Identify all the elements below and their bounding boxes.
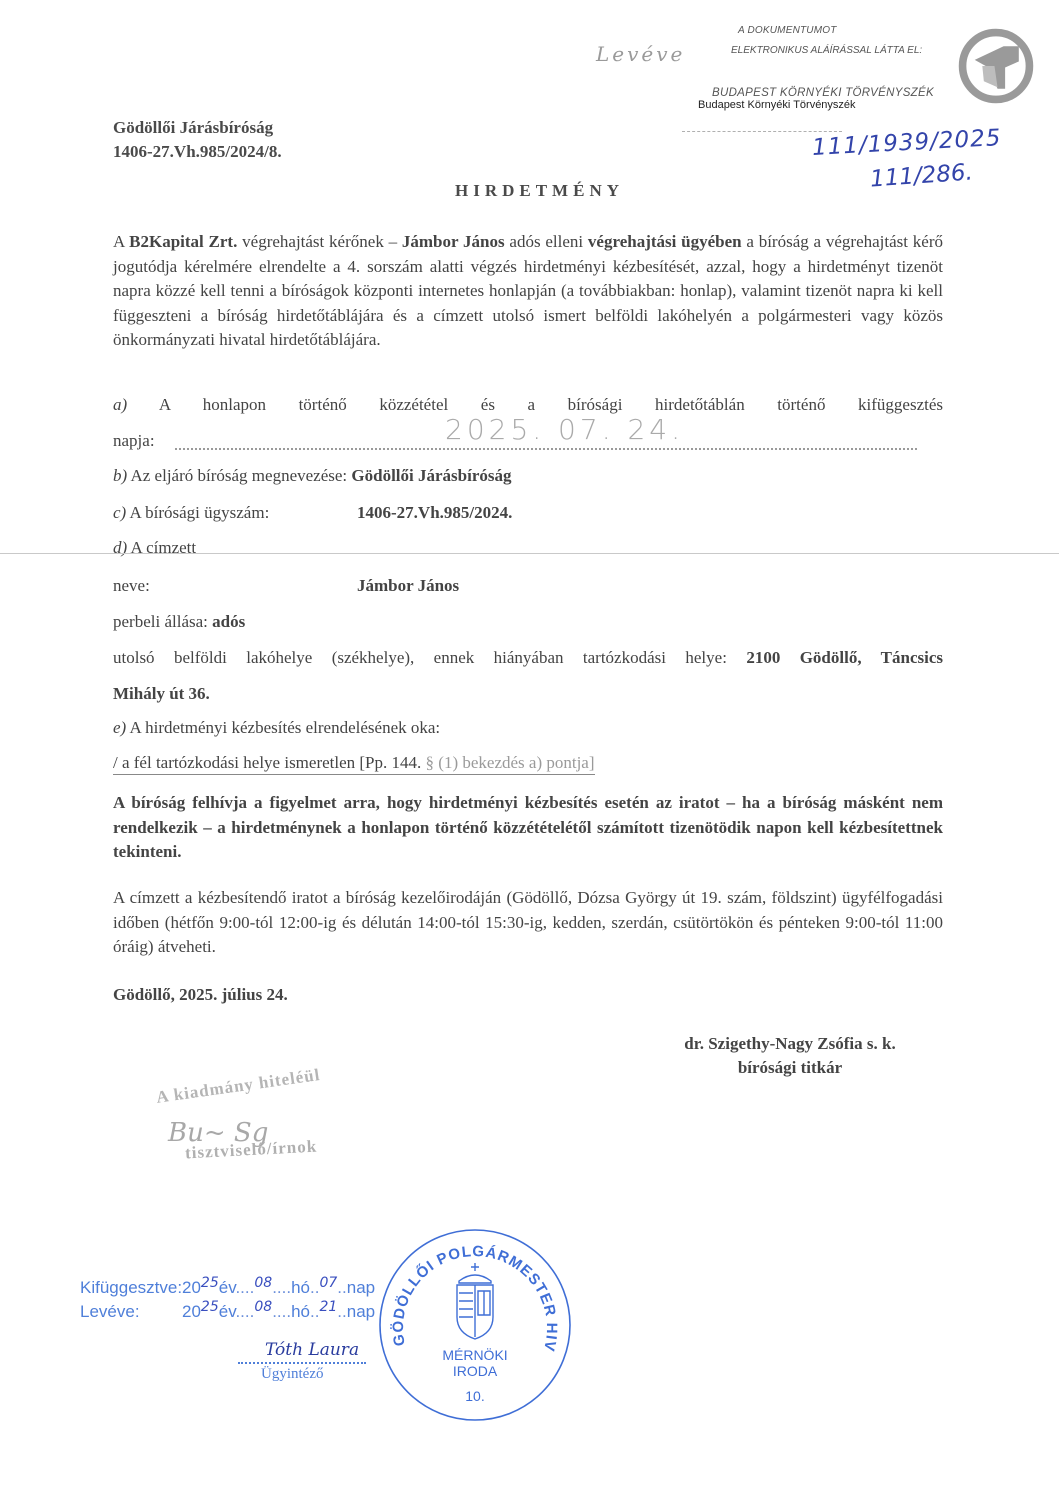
municipal-stamp: GÖDÖLLŐI POLGÁRMESTER HIVATAL MÉRNÖKI IR… bbox=[375, 1225, 575, 1425]
officer-signature-line bbox=[238, 1362, 366, 1364]
esignature-court: Budapest Környéki Törvényszék bbox=[698, 99, 856, 111]
signer-block: dr. Szigethy-Nagy Zsófia s. k. bírósági … bbox=[640, 1032, 940, 1080]
officer-label: Ügyintéző bbox=[261, 1366, 323, 1383]
item-e: e) A hirdetményi kézbesítés elrendelésén… bbox=[113, 718, 440, 738]
stamp-line1: MÉRNÖKI bbox=[442, 1346, 507, 1363]
posted-month: 08 bbox=[254, 1275, 272, 1291]
posted-label: Kifüggesztve: bbox=[80, 1278, 182, 1298]
removed-year: 25 bbox=[201, 1299, 219, 1315]
stamp-ring-text: GÖDÖLLŐI POLGÁRMESTER HIVATAL bbox=[375, 1225, 560, 1352]
handwritten-scribble bbox=[682, 113, 842, 132]
item-c-value: 1406-27.Vh.985/2024. bbox=[357, 503, 512, 523]
esignature-court-caps: BUDAPEST KÖRNYÉKI TÖRVÉNYSZÉK bbox=[712, 87, 934, 99]
item-a-napja-label: napja: bbox=[113, 431, 155, 451]
esignature-line2: ELEKTRONIKUS ALÁÍRÁSSAL LÁTTA EL: bbox=[731, 45, 922, 56]
esignature-line1: A DOKUMENTUMOT bbox=[738, 25, 837, 36]
recipient-name-label: neve: bbox=[113, 576, 150, 596]
stamp-line2: IRODA bbox=[453, 1363, 498, 1379]
stamp-number: 10. bbox=[465, 1388, 484, 1404]
hungarian-coat-of-arms-icon bbox=[457, 1263, 493, 1339]
item-d: d) A címzett bbox=[113, 538, 196, 558]
notice-paragraph: A bíróság felhívja a figyelmet arra, hog… bbox=[113, 791, 943, 865]
item-e-reason: / a fél tartózkodási helye ismeretlen [P… bbox=[113, 753, 595, 775]
case-reference: 1406-27.Vh.985/2024/8. bbox=[113, 140, 282, 164]
recipient-name-value: Jámbor János bbox=[357, 576, 459, 596]
scan-artifact-line bbox=[0, 553, 1059, 554]
signer-name: dr. Szigethy-Nagy Zsófia s. k. bbox=[640, 1032, 940, 1056]
removed-month: 08 bbox=[254, 1299, 272, 1315]
removed-day: 21 bbox=[319, 1299, 337, 1315]
recipient-status: perbeli állása: adós bbox=[113, 612, 245, 632]
item-b: b) Az eljáró bíróság megnevezése: Gödöll… bbox=[113, 466, 512, 486]
officer-signature: Tóth Laura bbox=[265, 1340, 359, 1360]
pickup-paragraph: A címzett a kézbesítendő iratot a bírósá… bbox=[113, 886, 943, 960]
recipient-address: utolsó belföldi lakóhelye (székhelye), e… bbox=[113, 648, 943, 668]
intro-paragraph: A B2Kapital Zrt. végrehajtást kérőnek – … bbox=[113, 230, 943, 353]
removed-label: Levéve: bbox=[80, 1302, 182, 1322]
document-title: HIRDETMÉNY bbox=[0, 181, 1059, 201]
court-header: Gödöllői Járásbíróság 1406-27.Vh.985/202… bbox=[113, 116, 282, 164]
signer-role: bírósági titkár bbox=[640, 1056, 940, 1080]
place-and-date: Gödöllő, 2025. július 24. bbox=[113, 985, 288, 1005]
posted-row: Kifüggesztve:2025év....08....hó..07..nap bbox=[80, 1278, 375, 1298]
recipient-address-cont: Mihály út 36. bbox=[113, 684, 210, 704]
court-name: Gödöllői Járásbíróság bbox=[113, 116, 282, 140]
item-c-label: c) A bírósági ügyszám: bbox=[113, 503, 269, 523]
posted-day: 07 bbox=[319, 1275, 337, 1291]
removed-row: Levéve:2025év....08....hó..21..nap bbox=[80, 1302, 375, 1322]
certification-text: A kiadmány hiteléül bbox=[155, 1065, 322, 1108]
court-logo-icon bbox=[958, 28, 1034, 104]
item-a: a) A honlapon történő közzététel és a bí… bbox=[113, 395, 943, 415]
handwritten-leveve: Levéve bbox=[596, 42, 685, 66]
posted-year: 25 bbox=[201, 1275, 219, 1291]
svg-text:GÖDÖLLŐI POLGÁRMESTER HIVATAL: GÖDÖLLŐI POLGÁRMESTER HIVATAL bbox=[375, 1225, 560, 1352]
item-a-handwritten-date: 2025. 07. 24. bbox=[445, 413, 684, 446]
